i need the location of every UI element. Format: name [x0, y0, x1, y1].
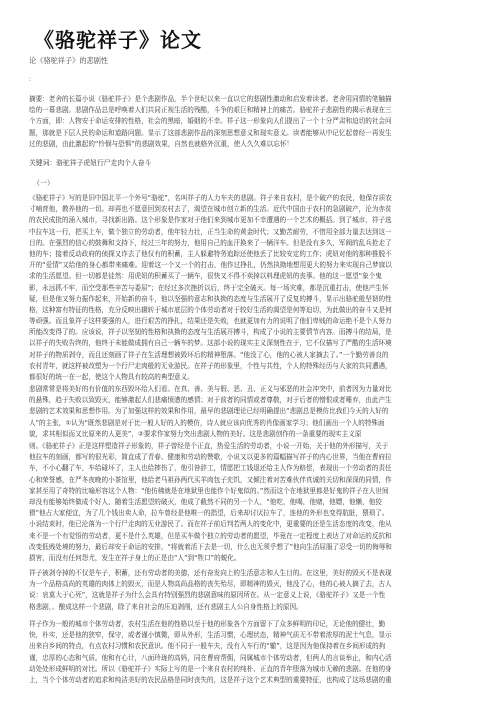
body-paragraph: 祥子作为一般的城市个体劳动者，农村生活在他的性格以至于他的形象各个方面留下了众多…: [29, 619, 479, 686]
text-line: 他拉车的刻画，都写的很光彩，简直成了青春、健康和劳动的赞歌，小说又以更多的篇幅描…: [29, 452, 479, 463]
text-line: 对祥子的物质剥夺，而且还刻画了祥子在生活理想被毁坏后的精神堕落。“他没了心，他的…: [29, 350, 479, 361]
text-line: 为一个品格高尚的英雄的肉体上的毁灭，而是人物高尚品格的丧失殆尽，即精神的毁灭，他…: [29, 579, 479, 590]
text-line: 祥子作为一般的城市个体劳动者，农村生活在他的性格以至于他的形象各个方面留下了众多…: [29, 619, 479, 630]
text-line: 的悬殊，趋于失败以致毁灭，能够激起人们悲痛愤懑的感情；对于前者的同情或者尊敬，对…: [29, 395, 479, 406]
text-line: 悲剧的艺术效果和思想作用。为了加强这样的效果和作用，最早的悲剧理论已经明确提出“…: [29, 406, 479, 417]
text-line: 心和荣誉感，在严冬夜晚的小茶馆里，他给老马祖孙两代买羊肉包子充饥，又倾注着对苦难…: [29, 475, 479, 486]
text-line: 绘的一幕悲剧。悲剧作品总是呼唤着人们共同正视生活的残酷，斗争的艰巨和精神上的痛苦…: [29, 105, 479, 116]
text-line: 来不是一个有觉悟的劳动者，更不是什么英雄，但是买车做个独立的劳动者的愿望，毕竟在…: [29, 531, 479, 542]
section-marker: （一）: [33, 178, 54, 188]
body-paragraph: 则。《骆驼祥子》正是这样塑造祥子形象的，祥子曾经是个正直，热爱生活的劳动者，小说…: [29, 441, 479, 564]
body-paragraph: 《骆驼祥子》写的是旧中国北平一个外号“骆驼”，名叫祥子的人力车夫的悲剧。祥子来自…: [29, 193, 479, 383]
text-line: 损害，而没有任何怨尤，发生在祥子身上的正是由“人”到“牲口”的蜕化。: [29, 553, 479, 564]
text-line: 个方面，即：人物安于命运安排的性格，社会的黑暗，婚姻的不幸。祥子这一形象向人们提…: [29, 116, 479, 127]
text-line: 摘要：老舍的长篇小说《骆驼祥子》是个悲剧作品，半个世纪以来一直以它的悲剧性激动和…: [29, 94, 479, 105]
text-line: 《骆驼祥子》写的是旧中国北平一个外号“骆驼”，名叫祥子的人力车夫的悲剧。祥子来自…: [29, 193, 479, 204]
text-line: 中拉车这一行，把买上车，做个独立的劳动者，他年轻力壮，正当生命的黄金时代；又勤苦…: [29, 227, 479, 238]
text-line: 祥子被剥夺掉的不仅是车子，积蓄，还有劳动者的美德，还有奋发向上的生活意志和人生目…: [29, 568, 479, 579]
text-line: 农村青年，就这样被改塑为一个行尸走肉般的无业游民。在祥子的形象里，个性与共性，个…: [29, 361, 479, 372]
text-line: 都很好的统一在一起，使这个人物具有较高的典型意义。: [29, 372, 479, 383]
body-paragraph: 悲剧常常是将美好的有价值的东西毁坏给人们看。在真、善、美与假、恶、丑、正义与邪恶…: [29, 384, 479, 440]
text-line: 出来自乡间的特点，有点农村习惯和农民意识。他不同于一般车夫，没有入车行的“辙”，…: [29, 641, 479, 652]
text-line: 求的生活愿望。但一切都是徒然：用虎妞的积蓄买了一辆车，很快又不得不卖掉以料理虎妞…: [29, 271, 479, 282]
abstract-paragraph: 摘要：老舍的长篇小说《骆驼祥子》是个悲剧作品，半个世纪以来一直以它的悲剧性激动和…: [29, 94, 479, 150]
document-subtitle: 论《骆驼祥子》的悲剧性: [29, 56, 108, 66]
text-line: 貌，求其相似而又比原来的人更美”，②要求作家努力突出悲剧人物的美好。这是悲剧创作…: [29, 429, 479, 440]
text-line: 开的“爱情”又给他的身心都带来痛难。迎着这一个又一个的打击，他作过挣扎，仍然执拗…: [29, 260, 479, 271]
text-line: 却没有能够始终做成个好人，随着生活愿望的破灭，他成了截然不同的另一个人，“他吃，…: [29, 497, 479, 508]
text-line: 格悲剧，。酿成这样一个悲剧，除了来自社会的压迫剥削，还有悲剧主人公自身性格上的原…: [29, 602, 479, 613]
text-line: 题，那就是下层人民的命运和道路问题。显示了这部悲剧作品的深刻思想意义和现实意义。…: [29, 128, 479, 139]
text-line: 过的悲剧，由此激起的“怜悯与恐惧”的悲剧效果，自然也就格外沉重，使人久久难以忘怀…: [29, 139, 479, 150]
text-line: 动处处形成鲜明的对比。所以《骆驼祥子》实际上写的是一个来自农村的纯朴、正直的青年…: [29, 664, 479, 675]
text-line: 车，不小心翻了车，车给碰坏了，主人也给摔伤了，他引咎辞工，情愿把工钱退还给主人作…: [29, 463, 479, 474]
keywords: 关键词：骆驼祥子虎妞行尸走肉个人奋斗: [29, 157, 151, 167]
separator-mark: :: [29, 76, 31, 83]
text-line: 改变低贱处境的努力，最后却安于命运的安排，“将就着活下去是一切，什么也无须乎想了…: [29, 542, 479, 553]
text-line: 疑，但是他又努力振作起来，开始新的奋斗，他以坚强的意志和执拗的态度与生活展开了反…: [29, 294, 479, 305]
text-line: 家甚至用了奇特的比喻形容这个人物：“他仿佛就是在地狱里也能作个好鬼似的。”然而这…: [29, 486, 479, 497]
text-line: 寸哺育他，教养他的一切。却再也不愿意回到农村去了，渴望在城市创立新的生活。近代中…: [29, 204, 479, 215]
text-line: 快，朴实，还是他的狭窄，保守，或者谨小慎微，即从外形，生活习惯，心理状态，精神气…: [29, 630, 479, 641]
text-line: 等顽强。而且象祥子这样要强的人，进行艰苦的挣扎，结果还是失败，也就更加有力的说明…: [29, 316, 479, 327]
text-line: 说：哀莫大于心死”，这就是祥子为什么会具有特别强烈的悲剧意味的原因所在。从一定意…: [29, 590, 479, 601]
text-line: 猾”他占大家便宜，为了几个钱出卖人命，拉车曾经是他唯一的指望，后来却讨厌拉车了，…: [29, 508, 479, 519]
text-line: 则。《骆驼祥子》正是这样塑造祥子形象的，祥子曾经是个正直，热爱生活的劳动者，小说…: [29, 441, 479, 452]
text-line: 的农民成批的涌入城市，寻找新出路。这个形象是作家对于他们来到城市更加不幸遭遇的一…: [29, 215, 479, 226]
document-title: 《骆驼祥子》论文: [34, 24, 202, 53]
text-line: 他的车；接着反动政府的侦探又诈去了他仅有的积蓄，主人躲避特务追踪还使他丢了比较安…: [29, 249, 479, 260]
text-line: 目的。在强烈的信心的鼓舞和支持下，经过三年的努力，他用自己的血汗换来了一辆洋车。…: [29, 238, 479, 249]
text-line: 以祥子的失败告终的，他终于未能做成拥有自己一辆车的梦。这部小说的现实主义深刻性在…: [29, 338, 479, 349]
text-line: 所能改变得了的。应该说，祥子以坚韧的性格和执拗的态度与生活展开搏斗，构成了小说的…: [29, 327, 479, 338]
text-line: 格，这种富有特征的性格，充分反映出辗转于城市底层的个体劳动者对于较好生活的渴望是…: [29, 305, 479, 316]
text-line: 谨，忠厚的心态和气质。他和有心计，八面玲珑的高妈，同在曹府帮佣，同属城市个体劳动…: [29, 653, 479, 664]
body-paragraph: 祥子被剥夺掉的不仅是车子，积蓄，还有劳动者的美德，还有奋发向上的生活意志和人生目…: [29, 568, 479, 613]
text-line: 人”的主张，①认为“既然悲剧是对于比一般人好的人的模仿，诗人就应该向优秀的肖像画…: [29, 418, 479, 429]
text-line: 悲剧常常是将美好的有价值的东西毁坏给人们看。在真、善、美与假、恶、丑、正义与邪恶…: [29, 384, 479, 395]
text-line: 小说结束时，他已沦落为一个行尸走肉的无业游民了。而在祥子前后判若两人的变化中，更…: [29, 519, 479, 530]
text-line: 影，永远抓不牢，而空受那些辛苦与委屈”；在经过多次挫折以后，终于完全破灭。每一场…: [29, 283, 479, 294]
text-line: 上，当个个体劳动者的追求和纯洁美好的农民品格是同时丧失的，这是祥子这个艺术典型的…: [29, 675, 479, 686]
